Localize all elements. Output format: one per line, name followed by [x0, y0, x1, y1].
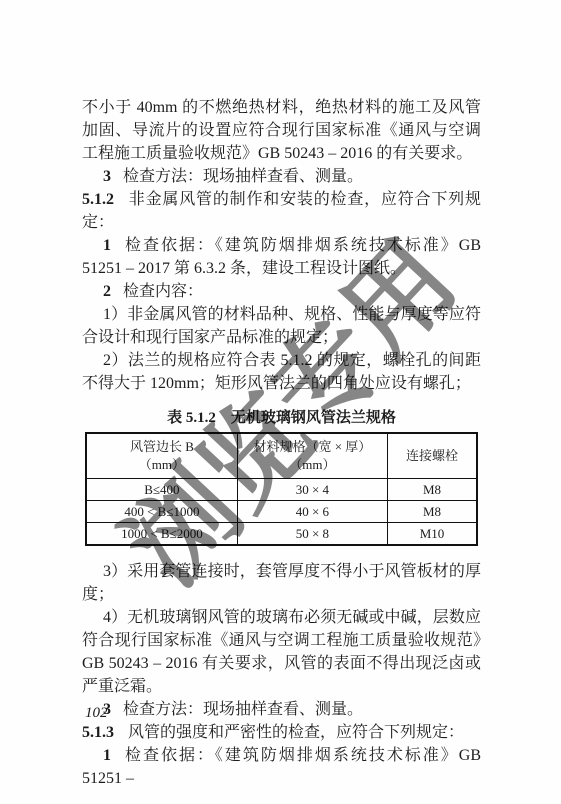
- table-caption: 表 5.1.2 无机玻璃钢风管法兰规格: [82, 407, 481, 430]
- table-header-cell: 连接螺栓: [387, 433, 477, 479]
- table-cell: 30 × 4: [237, 479, 387, 501]
- document-page: 浏览专用 不小于 40mm 的不燃绝热材料，绝热材料的施工及风管加固、导流片的设…: [0, 0, 561, 804]
- table-cell: 50 × 8: [237, 523, 387, 546]
- paragraph: 不小于 40mm 的不燃绝热材料，绝热材料的施工及风管加固、导流片的设置应符合现…: [82, 96, 481, 165]
- item-number: 5.1.3: [82, 724, 128, 741]
- paragraph-text: 2）法兰的规格应符合表 5.1.2 的规定，螺栓孔的间距不得大于 120mm；矩…: [82, 352, 481, 392]
- table-row: 1000 < B≤200050 × 8M10: [86, 523, 477, 546]
- table-cell: M10: [387, 523, 477, 546]
- paragraph-text: 检查依据：《建筑防烟排烟系统技术标准》GB 51251 – 2017 第 6.3…: [82, 237, 481, 277]
- table-cell: 400 < B≤1000: [86, 501, 237, 523]
- paragraph-text: 检查方法：现场抽样查看、测量。: [123, 701, 363, 718]
- spec-table: 风管边长 B （mm）材料规格（宽 × 厚） （mm）连接螺栓B≤40030 ×…: [85, 432, 478, 546]
- paragraph: 3检查方法：现场抽样查看、测量。: [82, 698, 481, 721]
- paragraph: 2）法兰的规格应符合表 5.1.2 的规定，螺栓孔的间距不得大于 120mm；矩…: [82, 349, 481, 395]
- paragraph: 5.1.3风管的强度和严密性的检查，应符合下列规定：: [82, 721, 481, 744]
- paragraph: 3）采用套管连接时，套管厚度不得小于风管板材的厚度；: [82, 560, 481, 606]
- table-cell: B≤400: [86, 479, 237, 501]
- paragraph-text: 风管的强度和严密性的检查，应符合下列规定：: [128, 724, 464, 741]
- paragraph: 3检查方法：现场抽样查看、测量。: [82, 165, 481, 188]
- table-row: 400 < B≤100040 × 6M8: [86, 501, 477, 523]
- content-flow: 不小于 40mm 的不燃绝热材料，绝热材料的施工及风管加固、导流片的设置应符合现…: [82, 96, 481, 790]
- paragraph-text: 检查内容：: [123, 283, 203, 300]
- item-number: 2: [103, 283, 123, 300]
- table-header-cell: 风管边长 B （mm）: [86, 433, 237, 479]
- table-cell: 1000 < B≤2000: [86, 523, 237, 546]
- paragraph-text: 3）采用套管连接时，套管厚度不得小于风管板材的厚度；: [82, 563, 481, 603]
- item-number: 1: [103, 747, 123, 764]
- table-cell: M8: [387, 479, 477, 501]
- paragraph-text: 1）非金属风管的材料品种、规格、性能与厚度等应符合设计和现行国家产品标准的规定；: [82, 306, 481, 346]
- paragraph: 5.1.2非金属风管的制作和安装的检查，应符合下列规定：: [82, 188, 481, 234]
- table-cell: M8: [387, 501, 477, 523]
- paragraph-text: 4）无机玻璃钢风管的玻璃布必须无碱或中碱，层数应符合现行国家标准《通风与空调工程…: [82, 609, 481, 695]
- page-number: 102: [85, 702, 108, 725]
- paragraph-text: 检查依据：《建筑防烟排烟系统技术标准》GB 51251 –: [82, 747, 481, 787]
- item-number: 3: [103, 168, 123, 185]
- table-row: B≤40030 × 4M8: [86, 479, 477, 501]
- table-block: 表 5.1.2 无机玻璃钢风管法兰规格风管边长 B （mm）材料规格（宽 × 厚…: [82, 407, 481, 546]
- table-header-cell: 材料规格（宽 × 厚） （mm）: [237, 433, 387, 479]
- paragraph-text: 非金属风管的制作和安装的检查，应符合下列规定：: [82, 191, 481, 231]
- table-header-row: 风管边长 B （mm）材料规格（宽 × 厚） （mm）连接螺栓: [86, 433, 477, 479]
- paragraph: 4）无机玻璃钢风管的玻璃布必须无碱或中碱，层数应符合现行国家标准《通风与空调工程…: [82, 606, 481, 698]
- item-number: 5.1.2: [82, 191, 128, 208]
- table-cell: 40 × 6: [237, 501, 387, 523]
- item-number: 1: [103, 237, 123, 254]
- paragraph: 1）非金属风管的材料品种、规格、性能与厚度等应符合设计和现行国家产品标准的规定；: [82, 303, 481, 349]
- paragraph-text: 不小于 40mm 的不燃绝热材料，绝热材料的施工及风管加固、导流片的设置应符合现…: [82, 99, 481, 162]
- paragraph-text: 检查方法：现场抽样查看、测量。: [123, 168, 363, 185]
- paragraph: 1检查依据：《建筑防烟排烟系统技术标准》GB 51251 – 2017 第 6.…: [82, 234, 481, 280]
- paragraph: 1检查依据：《建筑防烟排烟系统技术标准》GB 51251 –: [82, 744, 481, 790]
- paragraph: 2检查内容：: [82, 280, 481, 303]
